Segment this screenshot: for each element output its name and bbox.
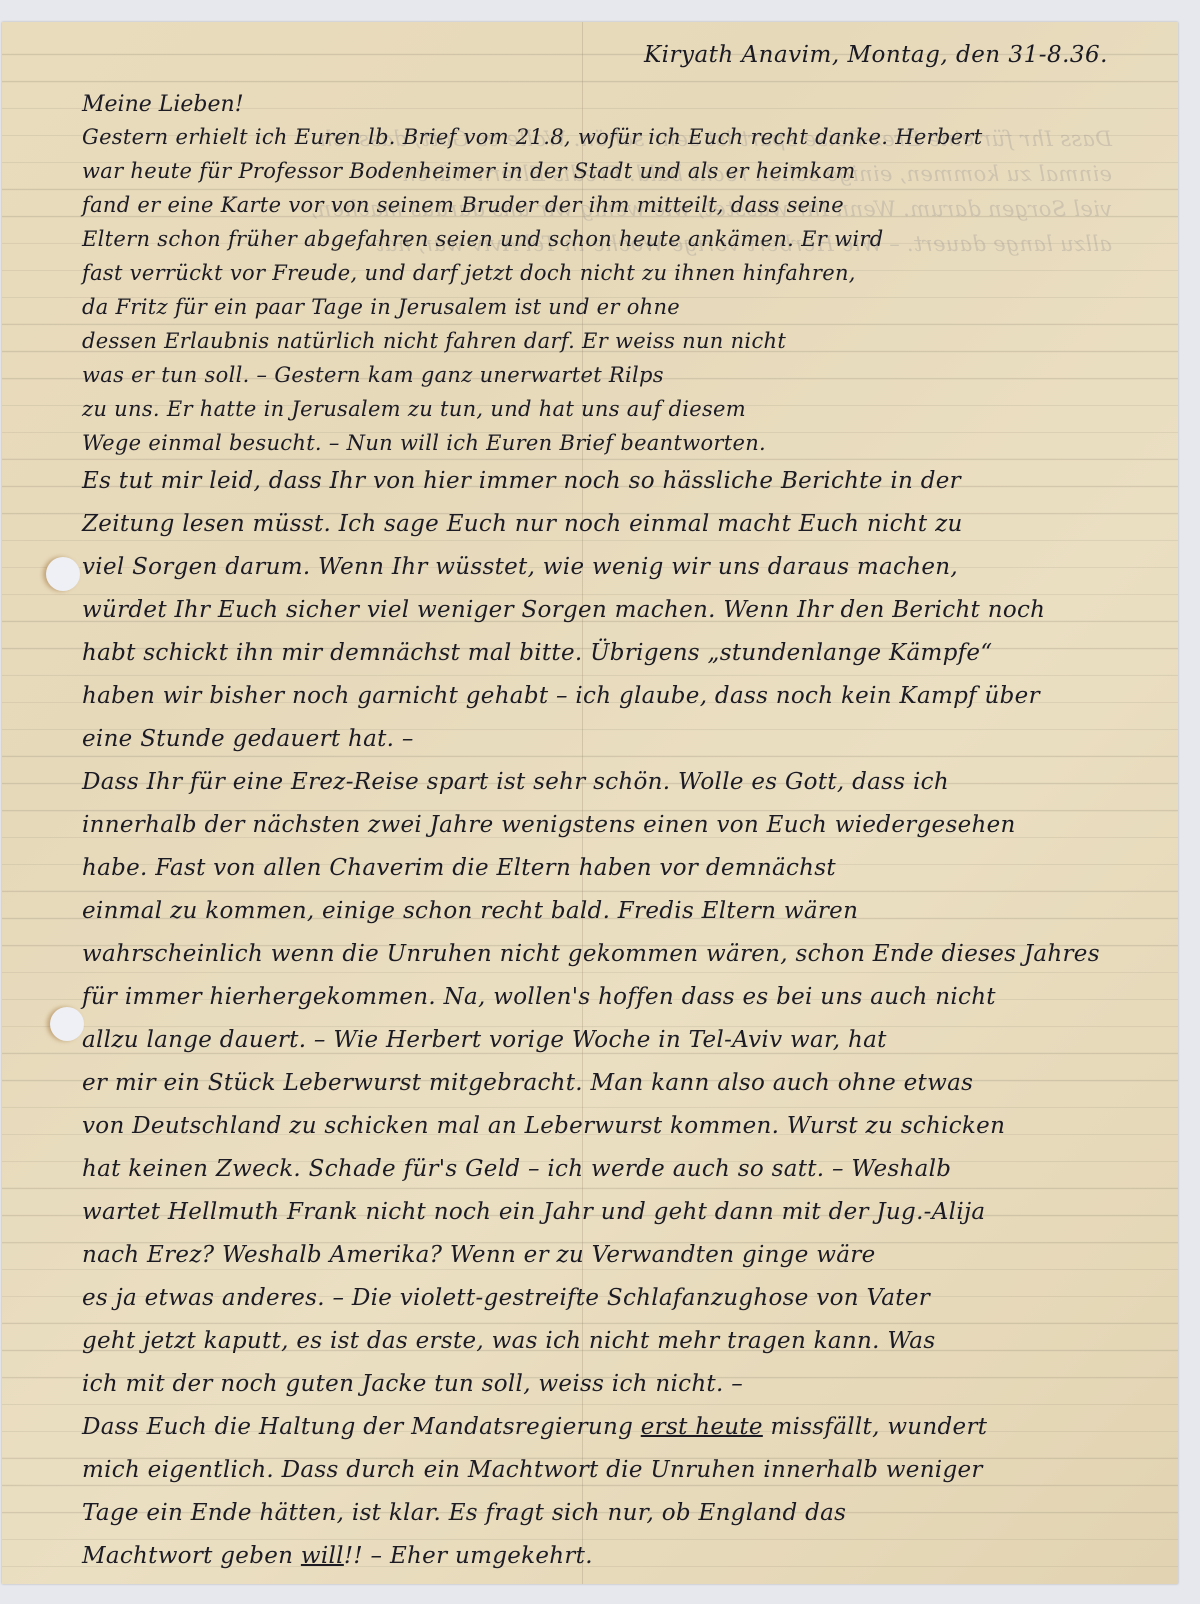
text-line: fand er eine Karte vor von seinem Bruder… — [82, 188, 1162, 222]
place-date-line: Kiryath Anavim, Montag, den 31-8.36. — [644, 42, 1108, 68]
text-line: ich mit der noch guten Jacke tun soll, w… — [82, 1363, 1162, 1406]
letter-body: Meine Lieben! Gestern erhielt ich Euren … — [82, 90, 1162, 1578]
text-line: Es tut mir leid, dass Ihr von hier immer… — [82, 460, 1162, 503]
letter-page: Dass Ihr für eine Erez-Reise spart ist s… — [2, 22, 1178, 1584]
text-line: war heute für Professor Bodenheimer in d… — [82, 154, 1162, 188]
text-line: geht jetzt kaputt, es ist das erste, was… — [82, 1320, 1162, 1363]
text-line: hat keinen Zweck. Schade für's Geld – ic… — [82, 1148, 1162, 1191]
text-line: Gestern erhielt ich Euren lb. Brief vom … — [82, 120, 1162, 154]
text-line: Dass Euch die Haltung der Mandatsregieru… — [82, 1406, 1162, 1449]
underlined-emphasis: will — [301, 1543, 344, 1569]
text-line: wartet Hellmuth Frank nicht noch ein Jah… — [82, 1191, 1162, 1234]
text-line: allzu lange dauert. – Wie Herbert vorige… — [82, 1019, 1162, 1062]
text-line: Zeitung lesen müsst. Ich sage Euch nur n… — [82, 503, 1162, 546]
text-line: mich eigentlich. Dass durch ein Machtwor… — [82, 1449, 1162, 1492]
text-line: habt schickt ihn mir demnächst mal bitte… — [82, 632, 1162, 675]
text-line: Dass Ihr für eine Erez-Reise spart ist s… — [82, 761, 1162, 804]
text-line: er mir ein Stück Leberwurst mitgebracht.… — [82, 1062, 1162, 1105]
underlined-emphasis: erst heute — [641, 1414, 763, 1440]
text-line: was er tun soll. – Gestern kam ganz uner… — [82, 358, 1162, 392]
text-line: von Deutschland zu schicken mal an Leber… — [82, 1105, 1162, 1148]
text-line: dessen Erlaubnis natürlich nicht fahren … — [82, 324, 1162, 358]
paragraph-1: Gestern erhielt ich Euren lb. Brief vom … — [82, 120, 1162, 460]
text-line: für immer hierhergekommen. Na, wollen's … — [82, 976, 1162, 1019]
punch-hole-icon — [50, 1007, 84, 1041]
text-line: es ja etwas anderes. – Die violett-gestr… — [82, 1277, 1162, 1320]
text-line: einmal zu kommen, einige schon recht bal… — [82, 890, 1162, 933]
paragraph-3: Dass Ihr für eine Erez-Reise spart ist s… — [82, 761, 1162, 1406]
text-line: Eltern schon früher abgefahren seien und… — [82, 222, 1162, 256]
paragraph-4: Dass Euch die Haltung der Mandatsregieru… — [82, 1406, 1162, 1578]
paragraph-2: Es tut mir leid, dass Ihr von hier immer… — [82, 460, 1162, 761]
text-line: zu uns. Er hatte in Jerusalem zu tun, un… — [82, 392, 1162, 426]
text-line: würdet Ihr Euch sicher viel weniger Sorg… — [82, 589, 1162, 632]
text-line: Tage ein Ende hätten, ist klar. Es fragt… — [82, 1492, 1162, 1535]
text-line: habe. Fast von allen Chaverim die Eltern… — [82, 847, 1162, 890]
text-line: Machtwort geben will!! – Eher umgekehrt. — [82, 1535, 1162, 1578]
text-line: da Fritz für ein paar Tage in Jerusalem … — [82, 290, 1162, 324]
text-line: viel Sorgen darum. Wenn Ihr wüsstet, wie… — [82, 546, 1162, 589]
punch-hole-icon — [46, 557, 80, 591]
text-line: fast verrückt vor Freude, und darf jetzt… — [82, 256, 1162, 290]
text-line: Wege einmal besucht. – Nun will ich Eure… — [82, 426, 1162, 460]
text-line: nach Erez? Weshalb Amerika? Wenn er zu V… — [82, 1234, 1162, 1277]
text-line: innerhalb der nächsten zwei Jahre wenigs… — [82, 804, 1162, 847]
text-line: eine Stunde gedauert hat. – — [82, 718, 1162, 761]
text-line: haben wir bisher noch garnicht gehabt – … — [82, 675, 1162, 718]
text-line: wahrscheinlich wenn die Unruhen nicht ge… — [82, 933, 1162, 976]
salutation: Meine Lieben! — [82, 90, 1162, 120]
